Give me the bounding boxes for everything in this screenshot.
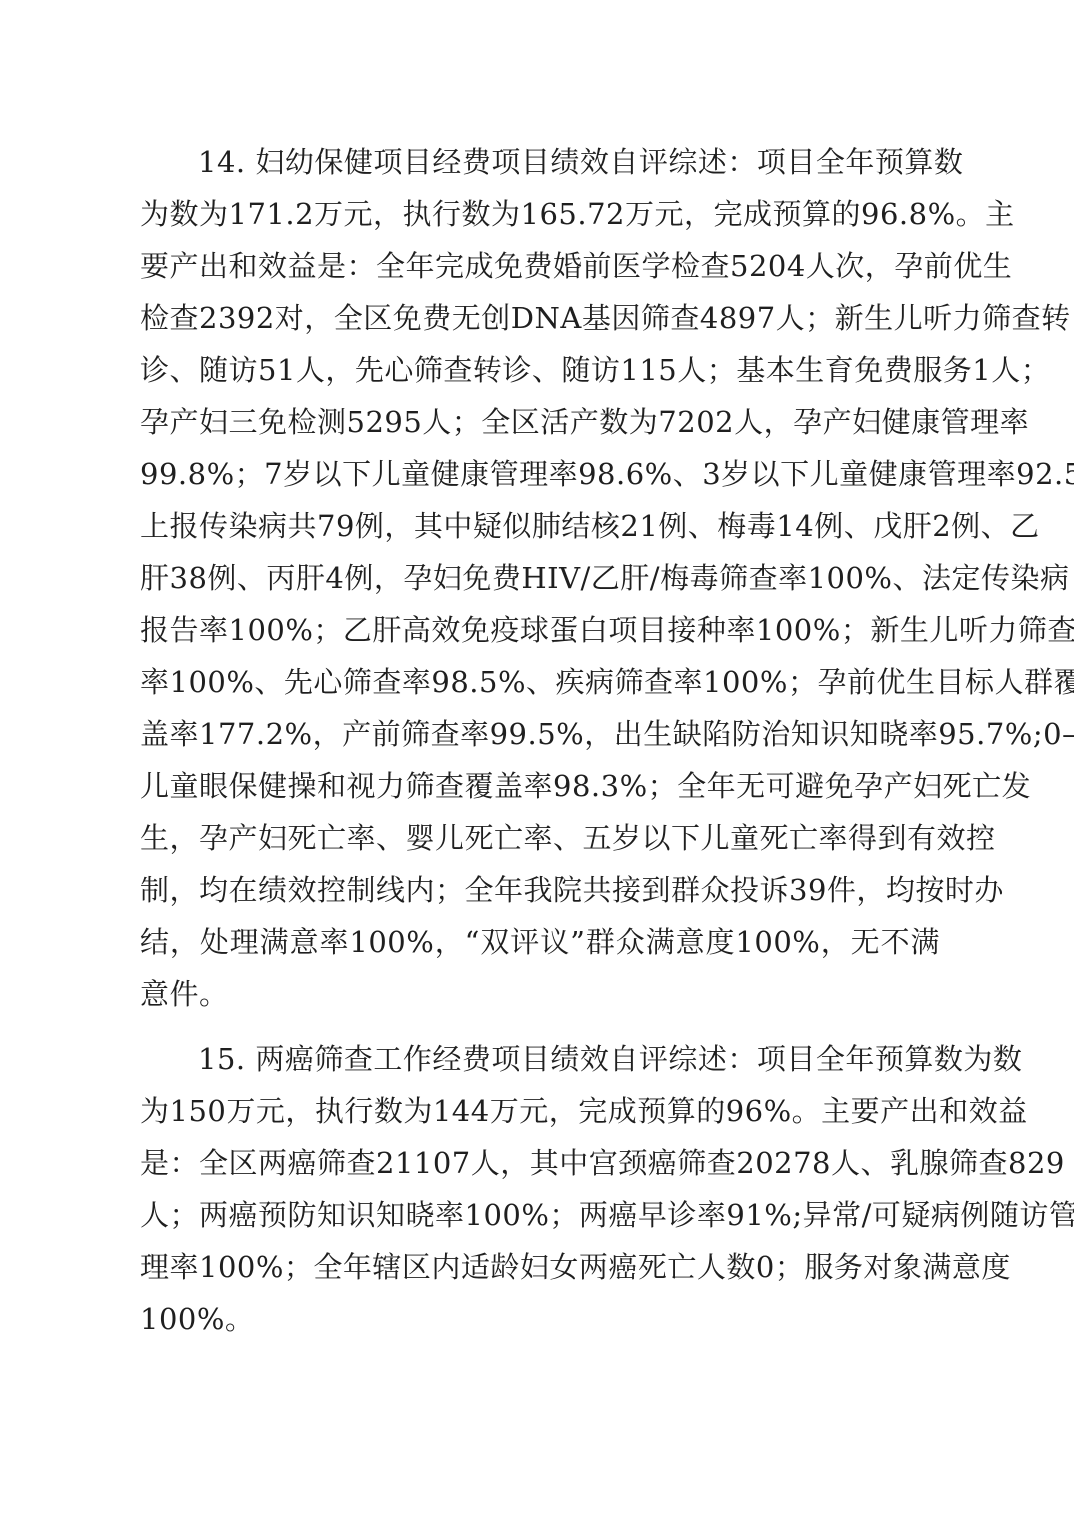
text-line: 结，处理满意率100%，“双评议”群众满意度100%，无不满意件。 — [140, 916, 940, 1020]
text-line: 100%。 — [140, 1293, 940, 1345]
text-line: 15. 两癌筛查工作经费项目绩效自评综述：项目全年预算数为数 — [140, 1033, 940, 1085]
document-content: 14. 妇幼保健项目经费项目绩效自评综述：项目全年预算数 为数为171.2万元，… — [0, 0, 1074, 1345]
text-line: 为150万元，执行数为144万元，完成预算的96%。主要产出和效益 — [140, 1085, 940, 1137]
text-line: 诊、随访51人，先心筛查转诊、随访115人；基本生育免费服务1人； — [140, 344, 940, 396]
text-line: 生，孕产妇死亡率、婴儿死亡率、五岁以下儿童死亡率得到有效控 — [140, 812, 940, 864]
paragraph-15: 15. 两癌筛查工作经费项目绩效自评综述：项目全年预算数为数 为150万元，执行… — [140, 1033, 940, 1345]
text-line: 为数为171.2万元，执行数为165.72万元，完成预算的96.8%。主 — [140, 188, 940, 240]
text-line: 盖率177.2%，产前筛查率99.5%，出生缺陷防治知识知晓率95.7%;0—6… — [140, 708, 940, 760]
text-line: 上报传染病共79例，其中疑似肺结核21例、梅毒14例、戊肝2例、乙 — [140, 500, 940, 552]
document-page: 14. 妇幼保健项目经费项目绩效自评综述：项目全年预算数 为数为171.2万元，… — [0, 0, 1074, 1520]
paragraph-14: 14. 妇幼保健项目经费项目绩效自评综述：项目全年预算数 为数为171.2万元，… — [140, 136, 940, 1020]
text-line: 检查2392对，全区免费无创DNA基因筛查4897人；新生儿听力筛查转 — [140, 292, 940, 344]
text-line: 孕产妇三免检测5295人；全区活产数为7202人，孕产妇健康管理率 — [140, 396, 940, 448]
text-line: 报告率100%；乙肝高效免疫球蛋白项目接种率100%；新生儿听力筛查 — [140, 604, 940, 656]
text-line: 理率100%；全年辖区内适龄妇女两癌死亡人数0；服务对象满意度 — [140, 1241, 940, 1293]
text-line: 99.8%；7岁以下儿童健康管理率98.6%、3岁以下儿童健康管理率92.5%； — [140, 448, 940, 500]
text-line: 是：全区两癌筛查21107人，其中宫颈癌筛查20278人、乳腺筛查829 — [140, 1137, 940, 1189]
text-line: 肝38例、丙肝4例，孕妇免费HIV/乙肝/梅毒筛查率100%、法定传染病 — [140, 552, 940, 604]
text-line: 14. 妇幼保健项目经费项目绩效自评综述：项目全年预算数 — [140, 136, 940, 188]
text-line: 儿童眼保健操和视力筛查覆盖率98.3%；全年无可避免孕产妇死亡发 — [140, 760, 940, 812]
text-line: 人；两癌预防知识知晓率100%；两癌早诊率91%;异常/可疑病例随访管 — [140, 1189, 940, 1241]
text-line: 制，均在绩效控制线内；全年我院共接到群众投诉39件，均按时办 — [140, 864, 940, 916]
text-line: 要产出和效益是：全年完成免费婚前医学检查5204人次，孕前优生 — [140, 240, 940, 292]
text-line: 率100%、先心筛查率98.5%、疾病筛查率100%；孕前优生目标人群覆 — [140, 656, 940, 708]
